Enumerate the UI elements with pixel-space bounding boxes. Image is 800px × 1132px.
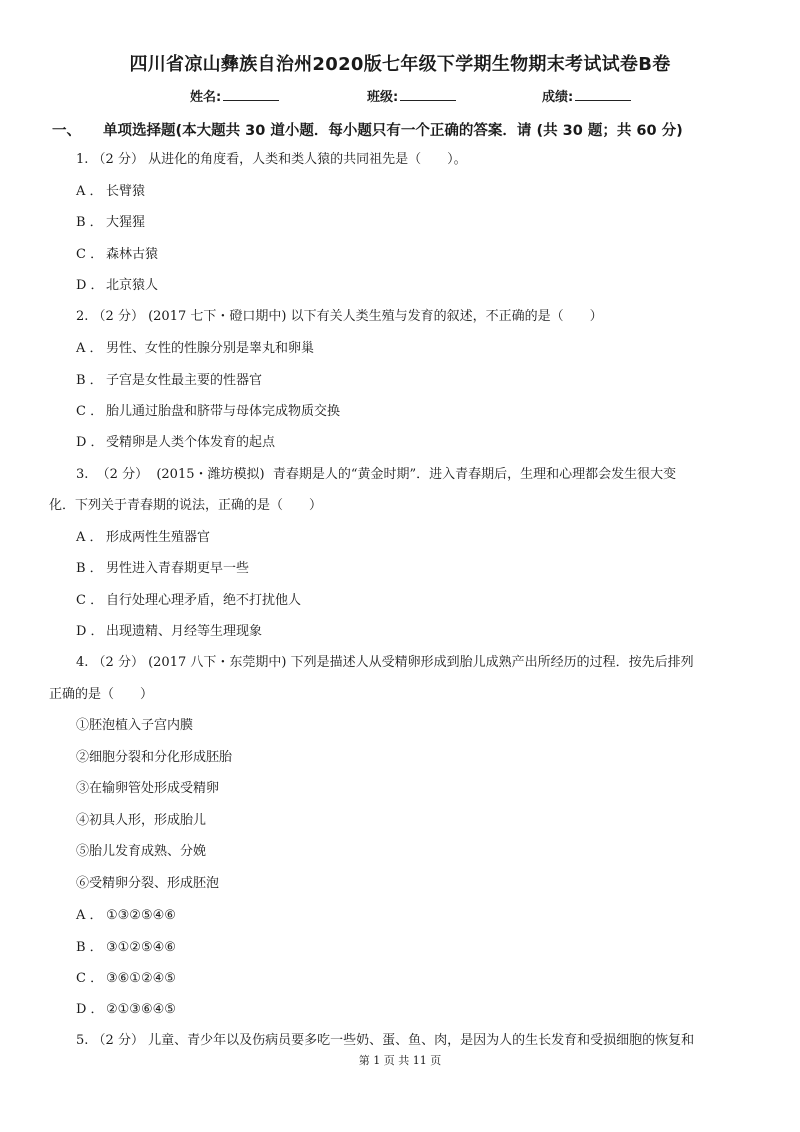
option-text: 长臂猿 [106, 184, 145, 199]
class-blank[interactable] [400, 88, 456, 101]
option-text: 形成两性生殖器官 [106, 530, 210, 545]
question-score: （2 分） [93, 309, 144, 324]
option-letter: B ． [76, 561, 106, 577]
option-text: 子宫是女性最主要的性器官 [106, 373, 262, 388]
question-1-option-b[interactable]: B ．大猩猩 [76, 215, 145, 231]
question-text: 以下有关人类生殖与发育的叙述，不正确的是（ ） [291, 309, 603, 324]
page-footer: 第 1 页 共 11 页 [0, 1052, 800, 1068]
question-3-stem-continued: 化．下列关于青春期的说法，正确的是（ ） [49, 498, 322, 514]
question-2-option-d[interactable]: D ．受精卵是人类个体发育的起点 [76, 435, 275, 451]
option-text: ③①②⑤④⑥ [106, 940, 176, 955]
question-3-stem: 3. （2 分） (2015・潍坊模拟) 青春期是人的“黄金时期”．进入青春期后… [76, 467, 676, 483]
option-letter: C ． [76, 593, 106, 609]
question-4-option-d[interactable]: D ．②①③⑥④⑤ [76, 1002, 176, 1018]
question-3-option-a[interactable]: A ．形成两性生殖器官 [76, 530, 210, 546]
question-4-statement-5: ⑤胎儿发育成熟、分娩 [76, 844, 206, 860]
question-number: 4. [76, 655, 88, 670]
question-4-statement-6: ⑥受精卵分裂、形成胚泡 [76, 876, 219, 892]
option-letter: B ． [76, 373, 106, 389]
question-number: 3. [76, 467, 88, 482]
option-letter: D ． [76, 1002, 106, 1018]
question-4-option-b[interactable]: B ．③①②⑤④⑥ [76, 940, 176, 956]
option-letter: A ． [76, 530, 106, 546]
name-label: 姓名: [190, 90, 221, 105]
question-3-option-d[interactable]: D ．出现遗精、月经等生理现象 [76, 624, 262, 640]
question-2-option-a[interactable]: A ．男性、女性的性腺分别是睾丸和卵巢 [76, 341, 314, 357]
question-4-stem-continued: 正确的是（ ） [49, 687, 153, 703]
question-4-statement-1: ①胚泡植入子宫内膜 [76, 718, 193, 734]
option-letter: C ． [76, 247, 106, 263]
question-2-stem: 2. （2 分） (2017 七下・磴口期中) 以下有关人类生殖与发育的叙述，不… [76, 309, 603, 325]
option-text: 胎儿通过胎盘和脐带与母体完成物质交换 [106, 404, 340, 419]
question-1-option-c[interactable]: C ．森林古猿 [76, 247, 158, 263]
question-score: （2 分） [93, 1033, 144, 1048]
question-score: （2 分） [93, 655, 144, 670]
question-text: 儿童、青少年以及伤病员要多吃一些奶、蛋、鱼、肉，是因为人的生长发育和受损细胞的恢… [148, 1033, 694, 1048]
class-label: 班级: [367, 90, 398, 105]
question-text: 从进化的角度看，人类和类人猿的共同祖先是（ ）。 [148, 152, 467, 167]
question-number: 2. [76, 309, 88, 324]
question-text: 青春期是人的“黄金时期”．进入青春期后，生理和心理都会发生很大变 [273, 467, 676, 482]
name-blank[interactable] [223, 88, 279, 101]
question-1-stem: 1. （2 分） 从进化的角度看，人类和类人猿的共同祖先是（ ）。 [76, 152, 467, 168]
score-field: 成绩: [542, 86, 631, 105]
option-text: 大猩猩 [106, 215, 145, 230]
question-1-option-d[interactable]: D ．北京猿人 [76, 278, 158, 294]
question-4-option-c[interactable]: C ．③⑥①②④⑤ [76, 971, 176, 987]
option-letter: B ． [76, 215, 106, 231]
section-number: 一、 [52, 123, 81, 139]
option-letter: A ． [76, 908, 106, 924]
option-letter: D ． [76, 624, 106, 640]
name-field: 姓名: [190, 86, 279, 105]
option-letter: C ． [76, 404, 106, 420]
question-text: 下列是描述人从受精卵形成到胎儿成熟产出所经历的过程．按先后排列 [291, 655, 694, 670]
option-letter: D ． [76, 278, 106, 294]
question-2-option-b[interactable]: B ．子宫是女性最主要的性器官 [76, 373, 262, 389]
option-text: ②①③⑥④⑤ [106, 1002, 176, 1017]
question-4-stem: 4. （2 分） (2017 八下・东莞期中) 下列是描述人从受精卵形成到胎儿成… [76, 655, 694, 671]
option-letter: A ． [76, 341, 106, 357]
question-source: (2017 七下・磴口期中) [148, 309, 286, 324]
option-text: 自行处理心理矛盾，绝不打扰他人 [106, 593, 301, 608]
question-4-statement-3: ③在输卵管处形成受精卵 [76, 781, 219, 797]
section-heading: 一、单项选择题(本大题共 30 道小题．每小题只有一个正确的答案．请 (共 30… [52, 119, 683, 140]
question-number: 1. [76, 152, 88, 167]
option-text: 受精卵是人类个体发育的起点 [106, 435, 275, 450]
question-4-statement-2: ②细胞分裂和分化形成胚胎 [76, 750, 232, 766]
question-3-option-c[interactable]: C ．自行处理心理矛盾，绝不打扰他人 [76, 593, 301, 609]
option-text: 男性进入青春期更早一些 [106, 561, 249, 576]
option-text: 北京猿人 [106, 278, 158, 293]
question-4-option-a[interactable]: A ．①③②⑤④⑥ [76, 908, 176, 924]
option-text: 森林古猿 [106, 247, 158, 262]
question-1-option-a[interactable]: A ．长臂猿 [76, 184, 145, 200]
question-5-stem: 5. （2 分） 儿童、青少年以及伤病员要多吃一些奶、蛋、鱼、肉，是因为人的生长… [76, 1033, 694, 1049]
question-3-option-b[interactable]: B ．男性进入青春期更早一些 [76, 561, 249, 577]
score-label: 成绩: [542, 90, 573, 105]
option-letter: C ． [76, 971, 106, 987]
option-letter: A ． [76, 184, 106, 200]
question-source: (2015・潍坊模拟) [156, 467, 264, 482]
question-score: （2 分） [97, 467, 148, 482]
option-letter: B ． [76, 940, 106, 956]
document-title: 四川省凉山彝族自治州2020版七年级下学期生物期末考试试卷B卷 [0, 50, 800, 76]
question-number: 5. [76, 1033, 88, 1048]
question-2-option-c[interactable]: C ．胎儿通过胎盘和脐带与母体完成物质交换 [76, 404, 340, 420]
section-heading-text: 单项选择题(本大题共 30 道小题．每小题只有一个正确的答案．请 (共 30 题… [103, 123, 683, 139]
question-source: (2017 八下・东莞期中) [148, 655, 286, 670]
score-blank[interactable] [575, 88, 631, 101]
option-text: 出现遗精、月经等生理现象 [106, 624, 262, 639]
question-score: （2 分） [93, 152, 144, 167]
question-4-statement-4: ④初具人形，形成胎儿 [76, 813, 206, 829]
class-field: 班级: [367, 86, 456, 105]
option-text: ③⑥①②④⑤ [106, 971, 176, 986]
option-letter: D ． [76, 435, 106, 451]
option-text: 男性、女性的性腺分别是睾丸和卵巢 [106, 341, 314, 356]
option-text: ①③②⑤④⑥ [106, 908, 176, 923]
